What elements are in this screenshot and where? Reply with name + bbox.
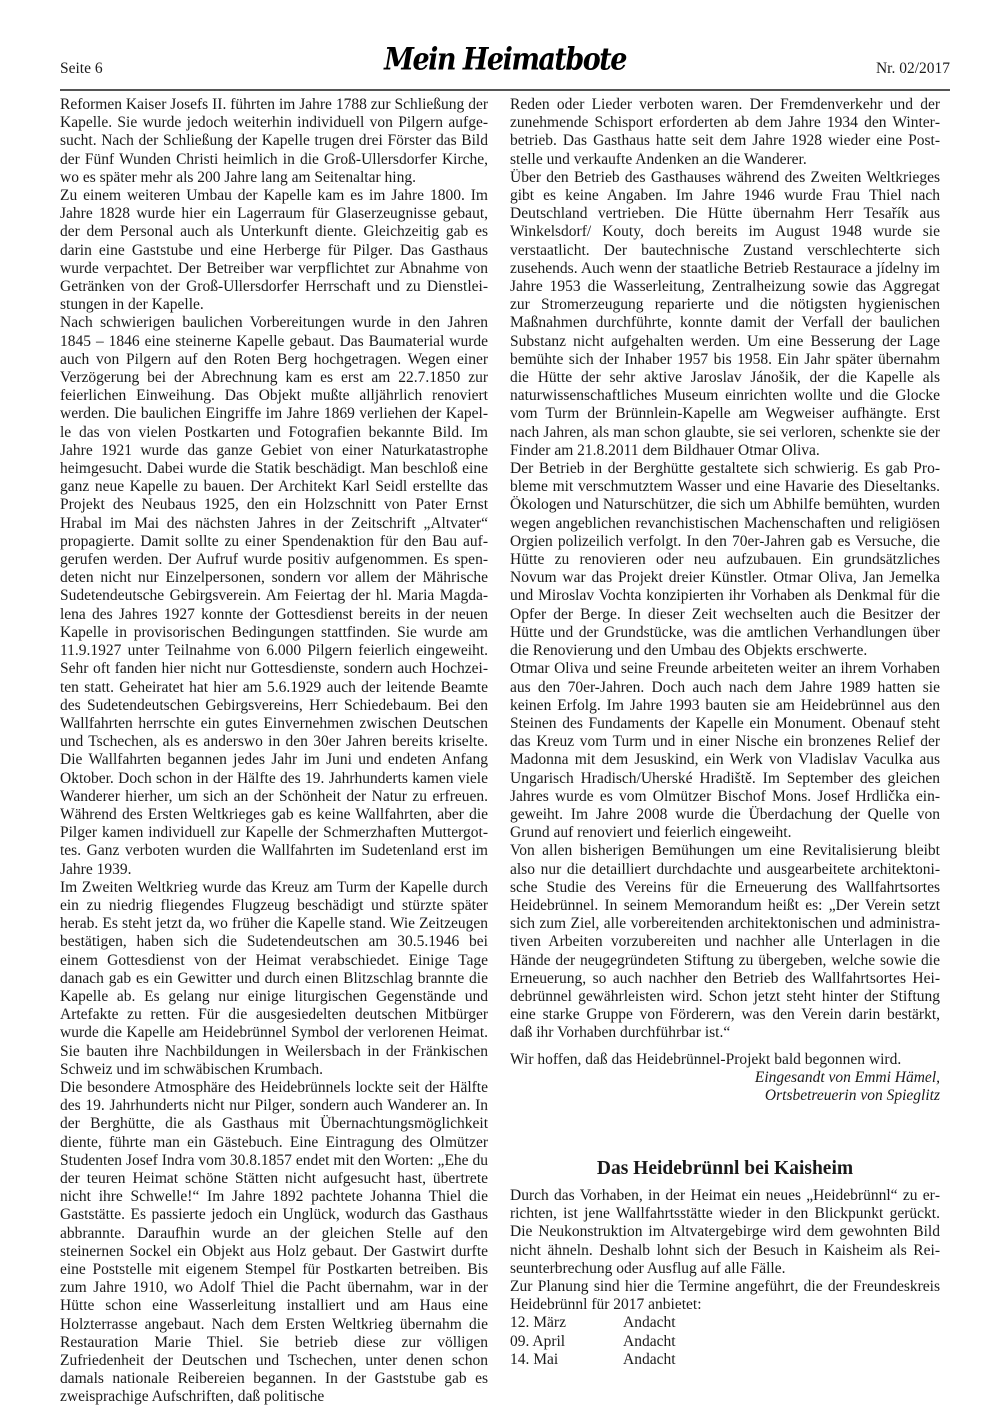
event-row: 09. April Andacht	[510, 1333, 940, 1351]
closing-sentence: Wir hoffen, daß das Heidebrünnel-Projekt…	[510, 1051, 940, 1069]
event-date: 14. Mai	[510, 1351, 623, 1369]
section-heading: Das Heidebrünnl bei Kaisheim	[510, 1158, 940, 1180]
event-row: 14. Mai Andacht	[510, 1351, 940, 1369]
event-type: Andacht	[623, 1333, 676, 1351]
left-column: Reformen Kaiser Josefs II. führten im Ja…	[60, 96, 488, 1407]
event-dates-list: 12. März Andacht 09. April Andacht 14. M…	[510, 1314, 940, 1369]
author-signoff: Eingesandt von Emmi Hämel,	[510, 1069, 940, 1087]
right-column: Reden oder Lieder verboten waren. Der Fr…	[510, 96, 940, 1105]
event-date: 09. April	[510, 1333, 623, 1351]
paragraph: Der Betrieb in der Berghütte gestaltete …	[510, 460, 940, 660]
event-row: 12. März Andacht	[510, 1314, 940, 1332]
page-header: Seite 6 Mein Heimatbote Nr. 02/2017	[60, 50, 950, 90]
issue-number: Nr. 02/2017	[876, 60, 950, 78]
paragraph: Reformen Kaiser Josefs II. führten im Ja…	[60, 96, 488, 187]
event-type: Andacht	[623, 1351, 676, 1369]
author-role: Ortsbetreuerin von Spieglitz	[510, 1087, 940, 1105]
section-body: Durch das Vorhaben, in der Heimat ein ne…	[510, 1187, 940, 1369]
masthead-logo: Mein Heimatbote	[60, 42, 950, 78]
paragraph: Durch das Vorhaben, in der Heimat ein ne…	[510, 1187, 940, 1278]
paragraph: Otmar Oliva und seine Freunde arbeiteten…	[510, 660, 940, 842]
event-date: 12. März	[510, 1314, 623, 1332]
paragraph: Von allen bisherigen Bemühungen um eine …	[510, 842, 940, 1042]
paragraph: Reden oder Lieder verboten waren. Der Fr…	[510, 96, 940, 169]
paragraph: Die besondere Atmosphäre des Heidebrünne…	[60, 1079, 488, 1407]
paragraph: Im Zweiten Weltkrieg wurde das Kreuz am …	[60, 879, 488, 1079]
paragraph: Zu einem weiteren Umbau der Kapelle kam …	[60, 187, 488, 314]
paragraph: Zur Planung sind hier die Termine angefü…	[510, 1278, 940, 1314]
header-rule	[60, 89, 950, 91]
paragraph: Über den Betrieb des Gasthauses während …	[510, 169, 940, 460]
paragraph: Nach schwierigen baulichen Vorbereitunge…	[60, 314, 488, 878]
event-type: Andacht	[623, 1314, 676, 1332]
